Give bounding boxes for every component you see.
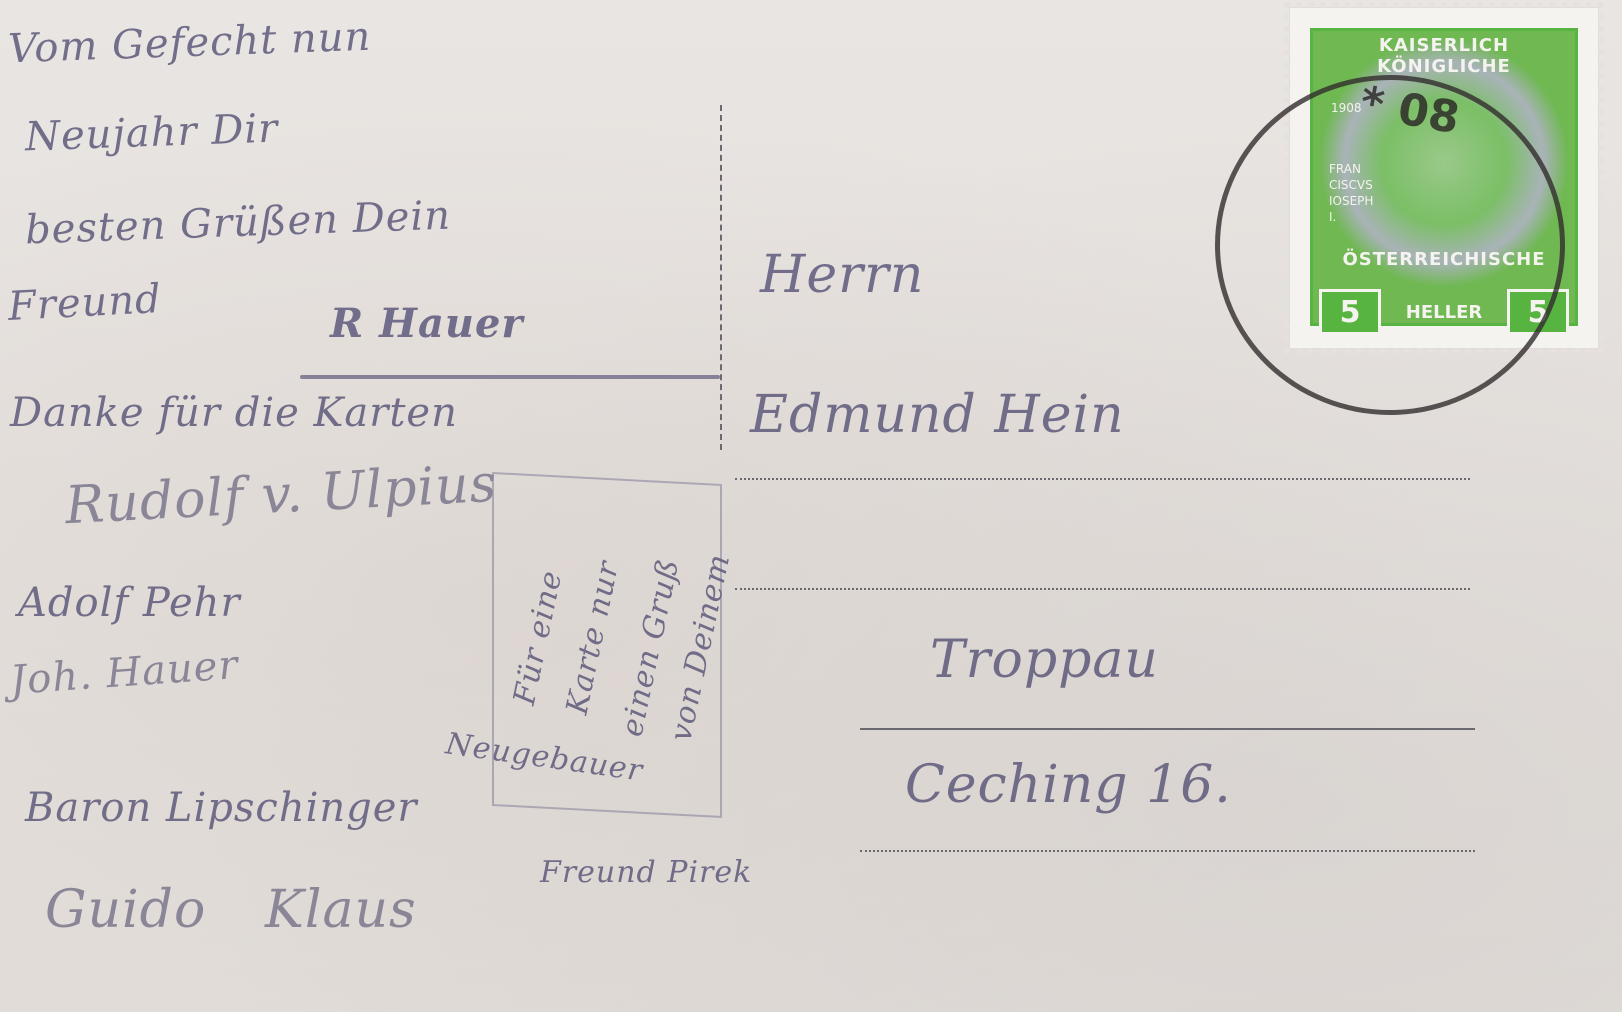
message-line-2: Neujahr Dir — [24, 106, 279, 161]
address-street: Ceching 16. — [905, 755, 1232, 815]
signature-bottom-right: Freund Pirek — [540, 855, 752, 890]
address-salutation: Herrn — [760, 245, 924, 305]
postcard-divider — [720, 105, 722, 450]
address-line-2 — [735, 588, 1470, 590]
address-line-1 — [735, 478, 1470, 480]
signature-joh: Joh. Hauer — [9, 642, 240, 704]
signature-underline — [300, 375, 720, 379]
address-line-4 — [860, 850, 1475, 852]
message-line-4: Freund — [7, 276, 163, 330]
address-line-3 — [860, 728, 1475, 730]
stamp-top-text: KAISERLICH KÖNIGLICHE — [1313, 35, 1575, 77]
signature-bottom-left: Guido — [45, 880, 206, 940]
address-name: Edmund Hein — [750, 385, 1125, 445]
postcard-back: Vom Gefecht nun Neujahr Dir besten Grüße… — [0, 0, 1622, 1012]
address-city: Troppau — [930, 630, 1159, 690]
signature-baron: Baron Lipschinger — [25, 785, 418, 831]
signature-adolf: Adolf Pehr — [18, 580, 241, 626]
message-line-1: Vom Gefecht nun — [7, 14, 372, 73]
signature-rudolf: Rudolf v. Ulpius — [64, 454, 499, 537]
message-line-3: besten Grüßen Dein — [24, 193, 451, 254]
message-signature: R Hauer — [330, 300, 523, 347]
message-line-5: Danke für die Karten — [10, 390, 458, 436]
signature-bottom-mid: Klaus — [265, 880, 417, 940]
